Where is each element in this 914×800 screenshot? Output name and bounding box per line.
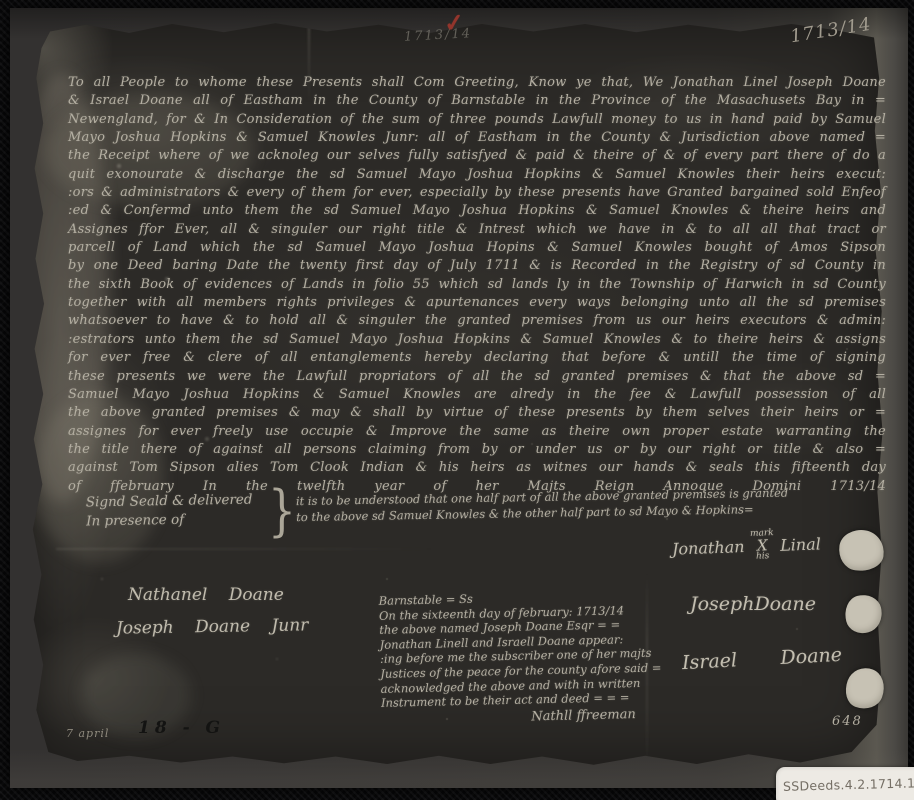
deed-line: the above granted premises & may & shall… bbox=[68, 404, 886, 422]
his-label: his bbox=[756, 552, 770, 561]
signature-jonathan-linal: Jonathan mark X his Linal bbox=[671, 527, 821, 564]
deed-line: the sixth Book of evidences of Lands in … bbox=[68, 276, 886, 294]
catalog-label: SSDeeds.4.2.1714.1 bbox=[776, 767, 914, 800]
his-mark: mark X his bbox=[750, 529, 775, 562]
deed-line: these presents we were the Lawfull propr… bbox=[68, 368, 886, 386]
deed-line: & Israel Doane all of Eastham in the Cou… bbox=[68, 92, 886, 110]
signature-joseph-doane: Joseph Doane bbox=[690, 593, 812, 615]
deed-line: together with all members rights privile… bbox=[68, 294, 886, 312]
catalog-label-text: SSDeeds.4.2.1714.1 bbox=[783, 775, 914, 794]
deed-line: for ever free & clere of all entanglemen… bbox=[68, 349, 886, 367]
attestation-line: In presence of bbox=[86, 510, 253, 532]
deed-line: Mayo Joshua Hopkins & Samuel Knowles Jun… bbox=[68, 129, 886, 147]
deed-line: :ors & administrators & every of them fo… bbox=[68, 184, 886, 202]
bottom-left-pencil-note: 18 - G bbox=[138, 718, 225, 738]
deed-line: whatsoever to have & to hold all & singu… bbox=[68, 312, 886, 330]
deed-line: Newengland, for & In Consideration of th… bbox=[68, 111, 886, 129]
deed-line: the Receipt where of we acknoleg our sel… bbox=[68, 147, 886, 165]
deed-body-text: To all People to whome these Presents sh… bbox=[68, 74, 886, 496]
red-checkmark-icon: ✓ bbox=[443, 7, 466, 38]
attestation-line: Signd Seald & delivered bbox=[86, 491, 253, 513]
deed-line: To all People to whome these Presents sh… bbox=[68, 74, 886, 92]
deed-line: :estrators unto them the sd Samuel Mayo … bbox=[68, 331, 886, 349]
signature-last-name: Doane bbox=[754, 593, 815, 615]
curly-brace: } bbox=[268, 480, 296, 544]
deed-line: the title there of against all persons c… bbox=[68, 441, 886, 459]
deed-line: against Tom Sipson alies Tom Clook India… bbox=[68, 459, 886, 477]
deed-line: assignes for ever freely use occupie & I… bbox=[68, 423, 886, 441]
deed-photograph-page: To all People to whome these Presents sh… bbox=[0, 0, 914, 800]
signature-first-name: Israel bbox=[682, 649, 738, 674]
signature-first-name: Jonathan bbox=[672, 537, 745, 559]
page-number: 648 bbox=[832, 714, 863, 729]
signature-last-name: Linal bbox=[780, 534, 821, 554]
witness-signature-joseph-doane-junr: Joseph Doane Junr bbox=[116, 615, 309, 638]
attestation-clause: Signd Seald & delivered In presence of bbox=[86, 491, 253, 532]
deed-line: parcell of Land which the sd Samuel Mayo… bbox=[68, 239, 886, 257]
acknowledgment-block: Barnstable = Ss On the sixteenth day of … bbox=[379, 586, 722, 728]
signature-last-name: Doane bbox=[780, 644, 843, 669]
deed-line: by one Deed baring Date the twenty first… bbox=[68, 257, 886, 275]
bottom-left-date-note: 7 april bbox=[66, 727, 109, 740]
deed-line: Assignes ffor Ever, all & singuler our r… bbox=[68, 221, 886, 239]
deed-line: Samuel Mayo Joshua Hopkins & Samuel Know… bbox=[68, 386, 886, 404]
signature-first-name: Joseph bbox=[690, 593, 754, 615]
deed-line: quit exonourate & discharge the sd Samue… bbox=[68, 166, 886, 184]
witness-signature-nathanel-doane: Nathanel Doane bbox=[128, 585, 284, 605]
deed-line: :ed & Confermd unto them the sd Samuel M… bbox=[68, 202, 886, 220]
crease-line bbox=[56, 548, 436, 550]
